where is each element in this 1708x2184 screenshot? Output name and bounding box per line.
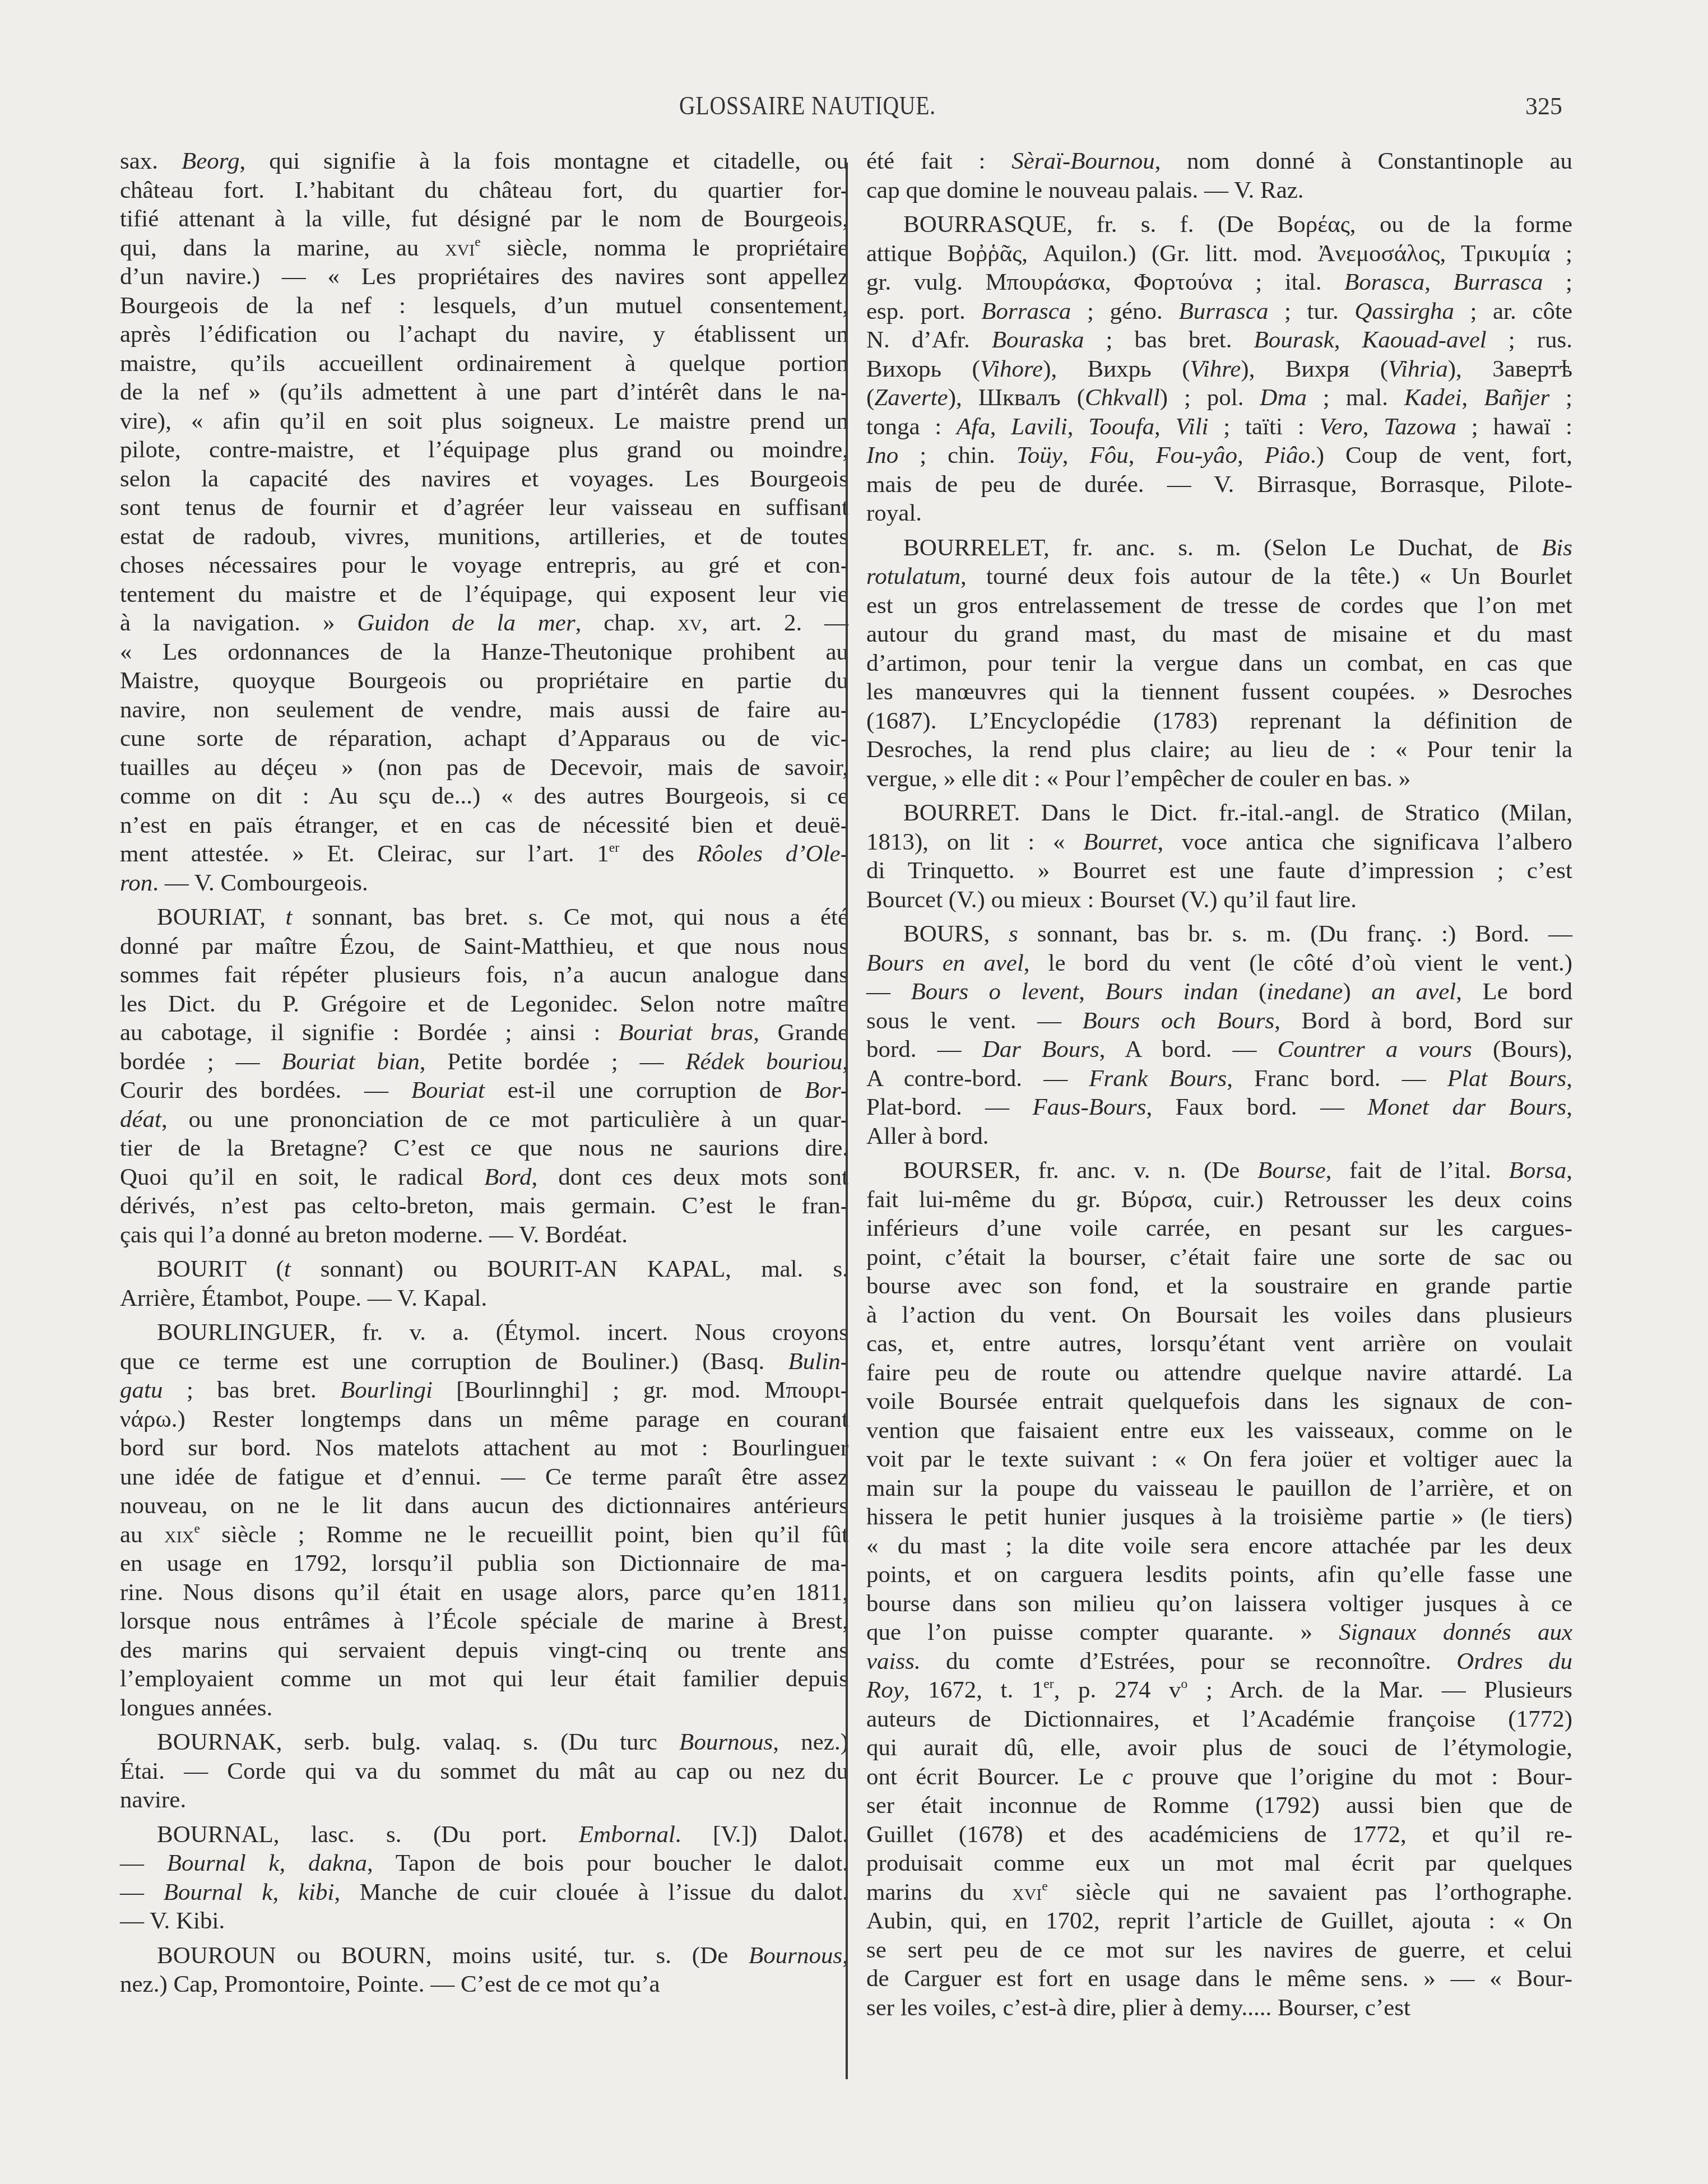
- text-line: rine. Nous disons qu’il était en usage a…: [120, 1578, 848, 1607]
- text-line: Вихорь (Vihore), Вихрь (Vihre), Вихря (V…: [866, 355, 1572, 384]
- text-line: autour du grand mast, du mast de misaine…: [866, 620, 1572, 649]
- text-line: Maistre, quoyque Bourgeois ou propriétai…: [120, 666, 848, 695]
- text-line: attique Βοῤῥᾶς, Aquilon.) (Gr. litt. mod…: [866, 239, 1572, 268]
- text-line: cas, et, entre autres, lorsqu’étant vent…: [866, 1329, 1572, 1358]
- text-line: Bourgeois de la nef : lesquels, d’un mut…: [120, 291, 848, 321]
- text-line: BOURSER, fr. anc. v. n. (De Bourse, fait…: [866, 1156, 1572, 1185]
- text-line: sommes fait répéter plusieurs fois, n’a …: [120, 961, 848, 990]
- text-line: BOURNAL, lasc. s. (Du port. Embornal. [V…: [120, 1820, 848, 1849]
- text-line: tentement du maistre et de l’équipage, q…: [120, 580, 848, 609]
- text-line: d’un navire.) — « Les propriétaires des …: [120, 262, 848, 291]
- text-line: à l’action du vent. On Boursait les voil…: [866, 1301, 1572, 1330]
- text-line: (1687). L’Encyclopédie (1783) reprenant …: [866, 707, 1572, 736]
- text-line: A contre-bord. — Frank Bours, Franc bord…: [866, 1064, 1572, 1093]
- running-title: GLOSSAIRE NAUTIQUE.: [679, 91, 936, 120]
- text-line: château fort. I.’habitant du château for…: [120, 176, 848, 205]
- text-line: navire.: [120, 1786, 848, 1815]
- text-line: est un gros entrelassement de tresse de …: [866, 591, 1572, 620]
- text-line: sont tenus de fournir et d’agréer leur v…: [120, 493, 848, 522]
- text-line: Ino ; chin. Toüy, Fôu, Fou-yâo, Piâo.) C…: [866, 441, 1572, 470]
- text-line: à la navigation. » Guidon de la mer, cha…: [120, 609, 848, 638]
- text-line: été fait : Sèraï-Bournou, nom donné à Co…: [866, 147, 1572, 176]
- text-line: auteurs de Dictionnaires, et l’Académie …: [866, 1705, 1572, 1734]
- text-line: esp. port. Borrasca ; géno. Burrasca ; t…: [866, 297, 1572, 326]
- glossary-entry-bourser: BOURSER, fr. anc. v. n. (De Bourse, fait…: [866, 1156, 1572, 2022]
- text-line: hissera le petit hunier jusques à la tro…: [866, 1503, 1572, 1532]
- text-line: main sur la poupe du vaisseau le pauillo…: [866, 1474, 1572, 1503]
- text-line: tonga : Afa, Lavili, Tooufa, Vili ; taït…: [866, 412, 1572, 442]
- text-line: tuailles au déçeu » (non pas de Decevoir…: [120, 753, 848, 782]
- text-line: BOURLINGUER, fr. v. a. (Étymol. incert. …: [120, 1318, 848, 1347]
- text-line: Bourcet (V.) ou mieux : Bourset (V.) qu’…: [866, 885, 1572, 915]
- glossary-entry-bouroun: BOUROUN ou BOURN, moins usité, tur. s. (…: [120, 1941, 848, 1999]
- text-line: voit par le texte suivant : « On fera jo…: [866, 1445, 1572, 1474]
- text-line: di Trinquetto. » Bourret est une faute d…: [866, 856, 1572, 885]
- entry-continuation: été fait : Sèraï-Bournou, nom donné à Co…: [866, 147, 1572, 205]
- text-line: faire peu de route ou attendre quelque n…: [866, 1358, 1572, 1388]
- text-line: fait lui-même du gr. Βύρσα, cuir.) Retro…: [866, 1185, 1572, 1214]
- text-line: comme on dit : Au sçu de...) « des autre…: [120, 782, 848, 811]
- text-line: νάρω.) Rester longtemps dans un même par…: [120, 1405, 848, 1434]
- text-line: « du mast ; la dite voile sera encore at…: [866, 1532, 1572, 1561]
- text-line: bourse avec son fond, et la soustraire e…: [866, 1272, 1572, 1301]
- text-line: produisait comme eux un mot mal écrit pa…: [866, 1849, 1572, 1878]
- text-line: marins du xvie siècle qui ne savaient pa…: [866, 1878, 1572, 1907]
- text-line: nouveau, on ne le lit dans aucun des dic…: [120, 1491, 848, 1520]
- text-line: BOURIT (t sonnant) ou BOURIT-AN KAPAL, m…: [120, 1255, 848, 1284]
- text-line: Aubin, qui, en 1702, reprit l’article de…: [866, 1907, 1572, 1936]
- text-line: 1813), on lit : « Bourret, voce antica c…: [866, 828, 1572, 857]
- text-line: bordée ; — Bouriat bian, Petite bordée ;…: [120, 1047, 848, 1077]
- text-line: gr. vulg. Μπουράσκα, Φορτούνα ; ital. Bo…: [866, 268, 1572, 297]
- glossary-entry-bourrelet: BOURRELET, fr. anc. s. m. (Selon Le Duch…: [866, 534, 1572, 794]
- text-line: qui aurait dû, elle, avoir plus de souci…: [866, 1733, 1572, 1763]
- text-line: Roy, 1672, t. 1er, p. 274 vo ; Arch. de …: [866, 1676, 1572, 1705]
- text-line: N. d’Afr. Bouraska ; bas bret. Bourask, …: [866, 326, 1572, 355]
- glossary-entry-bours: BOURS, s sonnant, bas br. s. m. (Du fran…: [866, 920, 1572, 1151]
- text-line: en usage en 1792, lorsqu’il publia son D…: [120, 1549, 848, 1578]
- text-line: mais de peu de durée. — V. Birrasque, Bo…: [866, 470, 1572, 499]
- text-line: ser les voiles, c’est-à dire, plier à de…: [866, 1993, 1572, 2023]
- text-line: Arrière, Étambot, Poupe. — V. Kapal.: [120, 1284, 848, 1313]
- text-line: Aller à bord.: [866, 1122, 1572, 1151]
- text-line: nez.) Cap, Promontoire, Pointe. — C’est …: [120, 1970, 848, 1999]
- text-line: BOURS, s sonnant, bas br. s. m. (Du fran…: [866, 920, 1572, 949]
- text-line: choses nécessaires pour le voyage entrep…: [120, 551, 848, 580]
- text-line: Quoi qu’il en soit, le radical Bord, don…: [120, 1163, 848, 1192]
- text-line: ser était inconnue de Romme (1792) aussi…: [866, 1791, 1572, 1820]
- text-line: BOURRET. Dans le Dict. fr.-ital.-angl. d…: [866, 799, 1572, 828]
- entry-continuation: sax. Beorg, qui signifie à la fois monta…: [120, 147, 848, 897]
- text-line: BOURNAK, serb. bulg. valaq. s. (Du turc …: [120, 1728, 848, 1757]
- text-line: points, et on carguera lesdits points, a…: [866, 1560, 1572, 1589]
- text-line: rotulatum, tourné deux fois autour de la…: [866, 562, 1572, 591]
- text-line: se sert peu de ce mot sur les navires de…: [866, 1936, 1572, 1965]
- text-line: ron. — V. Combourgeois.: [120, 869, 848, 898]
- text-line: longues années.: [120, 1694, 848, 1723]
- column-divider: [846, 163, 848, 2079]
- text-line: lorsque nous entrâmes à l’École spéciale…: [120, 1607, 848, 1636]
- left-column: sax. Beorg, qui signifie à la fois monta…: [120, 147, 848, 1999]
- glossary-entry-bouriat: BOURIAT, t sonnant, bas bret. s. Ce mot,…: [120, 903, 848, 1249]
- right-column: été fait : Sèraï-Bournou, nom donné à Co…: [866, 147, 1572, 2022]
- text-line: que ce terme est une corruption de Bouli…: [120, 1347, 848, 1376]
- text-line: une idée de fatigue et d’ennui. — Ce ter…: [120, 1463, 848, 1492]
- text-line: au xixe siècle ; Romme ne le recueillit …: [120, 1520, 848, 1550]
- text-line: qui, dans la marine, au xvie siècle, nom…: [120, 234, 848, 263]
- text-line: sax. Beorg, qui signifie à la fois monta…: [120, 147, 848, 176]
- text-line: voile Boursée entrait quelquefois dans l…: [866, 1387, 1572, 1416]
- text-line: estat de radoub, vivres, munitions, arti…: [120, 522, 848, 551]
- text-line: gatu ; bas bret. Bourlingi [Bourlinnghi]…: [120, 1376, 848, 1405]
- text-line: — Bournal k, dakna, Tapon de bois pour b…: [120, 1849, 848, 1878]
- text-line: tier de la Bretagne? C’est ce que nous n…: [120, 1134, 848, 1163]
- text-line: pilote, contre-maistre, et l’équipage pl…: [120, 435, 848, 465]
- glossary-entry-bourret: BOURRET. Dans le Dict. fr.-ital.-angl. d…: [866, 799, 1572, 914]
- text-line: point, c’était la bourser, c’était faire…: [866, 1243, 1572, 1272]
- text-line: cap que domine le nouveau palais. — V. R…: [866, 176, 1572, 205]
- text-line: que l’on puisse compter quarante. » Sign…: [866, 1618, 1572, 1647]
- text-line: de la nef » (qu’ils admettent à une part…: [120, 378, 848, 407]
- text-line: Plat-bord. — Faus-Bours, Faux bord. — Mo…: [866, 1093, 1572, 1122]
- text-line: Guillet (1678) et des académiciens de 17…: [866, 1820, 1572, 1849]
- text-line: BOURIAT, t sonnant, bas bret. s. Ce mot,…: [120, 903, 848, 932]
- text-line: bord. — Dar Bours, A bord. — Countrer a …: [866, 1035, 1572, 1064]
- text-line: des marins qui servaient depuis vingt-ci…: [120, 1636, 848, 1665]
- text-line: çais qui l’a donné au breton moderne. — …: [120, 1221, 848, 1250]
- text-line: navire, non seulement de vendre, mais au…: [120, 695, 848, 725]
- text-line: les manœuvres qui la tiennent fussent co…: [866, 678, 1572, 707]
- text-line: après l’édification ou l’achapt du navir…: [120, 320, 848, 349]
- text-line: — Bours o levent, Bours indan (inedane) …: [866, 977, 1572, 1007]
- text-line: BOUROUN ou BOURN, moins usité, tur. s. (…: [120, 1941, 848, 1970]
- text-line: bord sur bord. Nos matelots attachent au…: [120, 1434, 848, 1463]
- text-line: ment attestée. » Et. Cleirac, sur l’art.…: [120, 840, 848, 869]
- glossary-entry-bourrasque: BOURRASQUE, fr. s. f. (De Βορέας, ou de …: [866, 210, 1572, 528]
- text-line: au cabotage, il signifie : Bordée ; ains…: [120, 1018, 848, 1047]
- text-line: vention que faisaient entre eux les vais…: [866, 1416, 1572, 1445]
- text-line: Étai. — Corde qui va du sommet du mât au…: [120, 1757, 848, 1786]
- text-line: « Les ordonnances de la Hanze-Theutoniqu…: [120, 638, 848, 667]
- text-line: dérivés, n’est pas celto-breton, mais ge…: [120, 1191, 848, 1221]
- text-line: — Bournal k, kibi, Manche de cuir clouée…: [120, 1878, 848, 1907]
- text-line: vergue, » elle dit : « Pour l’empêcher d…: [866, 764, 1572, 794]
- text-line: les Dict. du P. Grégoire et de Legonidec…: [120, 990, 848, 1019]
- text-line: tifié attenant à la ville, fut désigné p…: [120, 205, 848, 234]
- text-line: n’est en païs étranger, et en cas de néc…: [120, 811, 848, 840]
- page-number: 325: [1525, 92, 1562, 120]
- text-line: Courir des bordées. — Bouriat est-il une…: [120, 1076, 848, 1105]
- text-line: vire), « afin qu’il en soit plus soigneu…: [120, 407, 848, 436]
- text-line: (Zaverte), Шквалъ (Chkvall) ; pol. Dma ;…: [866, 383, 1572, 412]
- text-line: cune sorte de réparation, achapt d’Appar…: [120, 724, 848, 753]
- text-line: de Carguer est fort en usage dans le mêm…: [866, 1964, 1572, 1993]
- glossary-entry-bourlinguer: BOURLINGUER, fr. v. a. (Étymol. incert. …: [120, 1318, 848, 1722]
- glossary-entry-bourit: BOURIT (t sonnant) ou BOURIT-AN KAPAL, m…: [120, 1255, 848, 1313]
- text-line: sous le vent. — Bours och Bours, Bord à …: [866, 1007, 1572, 1036]
- text-line: selon la capacité des navires et voyages…: [120, 465, 848, 494]
- glossary-entry-bournal: BOURNAL, lasc. s. (Du port. Embornal. [V…: [120, 1820, 848, 1936]
- text-line: Desroches, la rend plus claire; au lieu …: [866, 735, 1572, 764]
- text-line: déat, ou une prononciation de ce mot par…: [120, 1105, 848, 1134]
- text-line: maistre, qu’ils accueillent ordinairemen…: [120, 349, 848, 378]
- glossary-entry-bournak: BOURNAK, serb. bulg. valaq. s. (Du turc …: [120, 1728, 848, 1815]
- text-line: royal.: [866, 499, 1572, 528]
- page-header: GLOSSAIRE NAUTIQUE. 325: [0, 90, 1708, 123]
- text-line: ont écrit Bourcer. Le c prouve que l’ori…: [866, 1763, 1572, 1792]
- text-line: BOURRELET, fr. anc. s. m. (Selon Le Duch…: [866, 534, 1572, 563]
- text-line: inférieurs d’une voile carrée, en pesant…: [866, 1214, 1572, 1243]
- text-line: l’employaient comme un mot qui leur étai…: [120, 1664, 848, 1694]
- text-line: d’artimon, pour tenir la vergue dans un …: [866, 649, 1572, 678]
- text-line: BOURRASQUE, fr. s. f. (De Βορέας, ou de …: [866, 210, 1572, 239]
- text-line: donné par maître Ézou, de Saint-Matthieu…: [120, 932, 848, 961]
- text-line: Bours en avel, le bord du vent (le côté …: [866, 949, 1572, 978]
- text-line: bourse dans son milieu qu’on laissera vo…: [866, 1589, 1572, 1619]
- text-line: vaiss. du comte d’Estrées, pour se recon…: [866, 1647, 1572, 1676]
- text-line: — V. Kibi.: [120, 1907, 848, 1936]
